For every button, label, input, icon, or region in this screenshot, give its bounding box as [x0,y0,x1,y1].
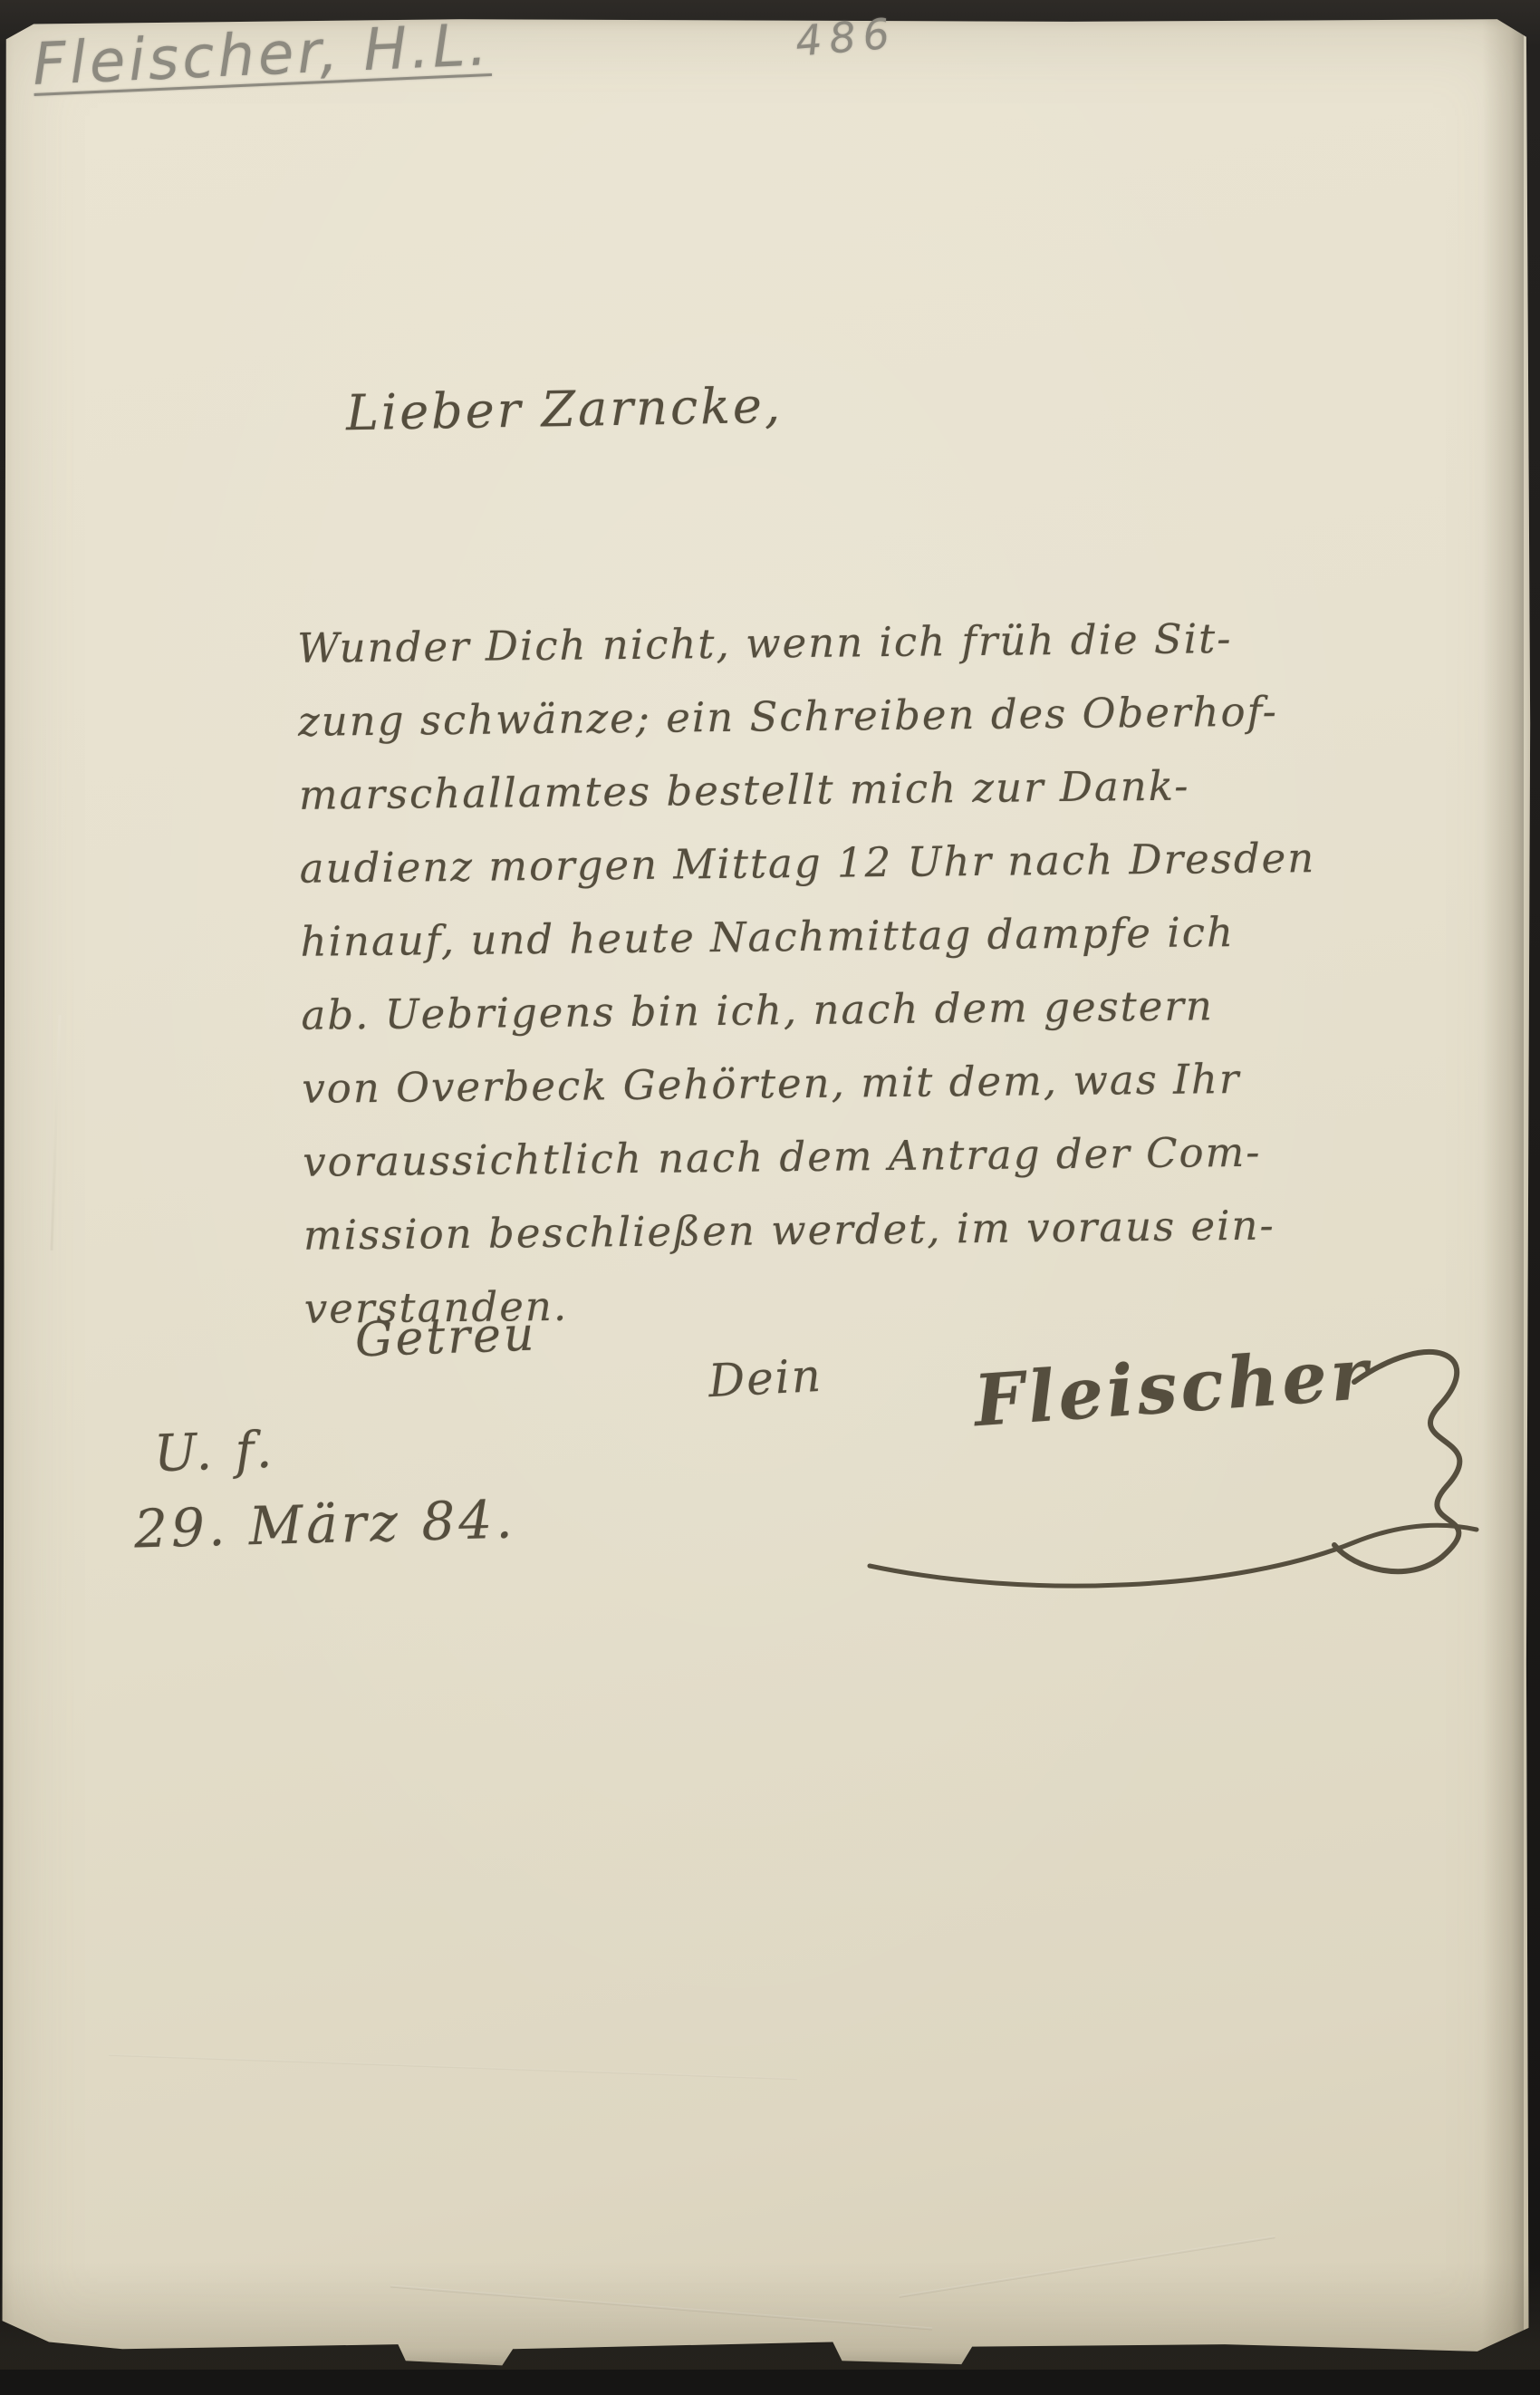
letter-date: 29. März 84. [133,1488,516,1560]
letter-body-line: zung schwänze; ein Schreiben des Oberhof… [298,672,1477,758]
scan-canvas: Fleischer, H.L. 486 Lieber Zarncke, Wund… [0,0,1540,2395]
letter-body-line: hinauf, und heute Nachmittag dampfe ich [300,893,1478,979]
letter-body-line: voraussichtlich nach dem Antrag der Com- [303,1113,1481,1199]
folio-number-annotation: 486 [794,8,899,66]
signature-flourish [847,1314,1508,1604]
place-abbreviation: U. f. [153,1421,276,1484]
letter-body-line: Wunder Dich nicht, wenn ich früh die Sit… [297,599,1476,685]
letter-closing-pronoun: Dein [707,1349,824,1408]
letter-body-line: ab. Uebrigens bin ich, nach dem gestern [301,966,1479,1052]
letter-body-line: mission beschließen werdet, im voraus ei… [303,1186,1482,1272]
letter-body-line: von Overbeck Gehörten, mit dem, was Ihr [302,1039,1480,1125]
letter-body-line: audienz morgen Mittag 12 Uhr nach Dresde… [299,819,1477,905]
letter-body: Wunder Dich nicht, wenn ich früh die Sit… [297,599,1482,1346]
letter-body-line: marschallamtes bestellt mich zur Dank- [298,746,1477,832]
letter-closing-word: Getreu [354,1308,537,1368]
letter-salutation: Lieber Zarncke, [345,377,783,441]
paper-edge-shadow-right [1482,18,1524,2368]
